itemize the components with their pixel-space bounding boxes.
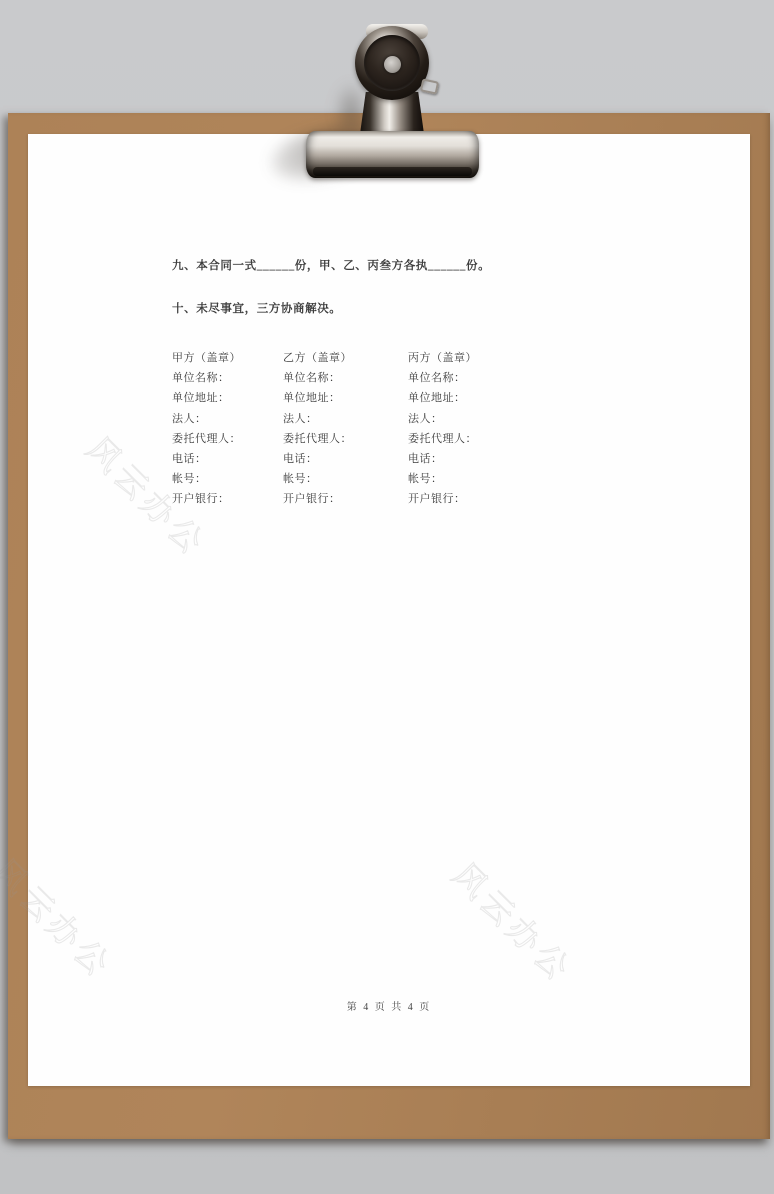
party-b-header: 乙方（盖章） [283, 348, 352, 368]
party-c-field-unit-address: 单位地址： [408, 388, 477, 408]
party-a-field-phone: 电话： [172, 449, 241, 469]
party-b-field-legal-person: 法人： [283, 409, 352, 429]
party-c-field-account: 帐号： [408, 469, 477, 489]
party-a-field-account: 帐号： [172, 469, 241, 489]
page-number-footer: 第 4 页 共 4 页 [28, 998, 750, 1013]
party-c-field-legal-person: 法人： [408, 409, 477, 429]
clip-top-edge [366, 24, 428, 39]
signature-column-party-c: 丙方（盖章） 单位名称： 单位地址： 法人： 委托代理人： 电话： 帐号： 开户… [408, 348, 477, 510]
party-c-header: 丙方（盖章） [408, 348, 477, 368]
clipboard-scene: 九、本合同一式______份，甲、乙、丙叁方各执______份。 十、未尽事宜，… [0, 0, 774, 1194]
clip-spring-circle [355, 26, 429, 100]
party-a-field-bank: 开户银行： [172, 489, 241, 509]
party-b-field-account: 帐号： [283, 469, 352, 489]
clause-nine: 九、本合同一式______份，甲、乙、丙叁方各执______份。 [172, 257, 490, 273]
party-b-field-unit-address: 单位地址： [283, 388, 352, 408]
party-c-field-phone: 电话： [408, 449, 477, 469]
party-c-field-unit-name: 单位名称： [408, 368, 477, 388]
party-b-field-phone: 电话： [283, 449, 352, 469]
party-c-field-bank: 开户银行： [408, 489, 477, 509]
party-a-field-unit-name: 单位名称： [172, 368, 241, 388]
party-a-field-legal-person: 法人： [172, 409, 241, 429]
clip-spring-hole [384, 56, 401, 73]
contract-paper: 九、本合同一式______份，甲、乙、丙叁方各执______份。 十、未尽事宜，… [28, 134, 750, 1086]
party-a-field-agent: 委托代理人： [172, 429, 241, 449]
clip-lever-wire [420, 78, 439, 94]
signature-column-party-b: 乙方（盖章） 单位名称： 单位地址： 法人： 委托代理人： 电话： 帐号： 开户… [283, 348, 352, 510]
clip-spring-inner-disc [364, 35, 420, 91]
party-a-header: 甲方（盖章） [172, 348, 241, 368]
party-b-field-agent: 委托代理人： [283, 429, 352, 449]
party-a-field-unit-address: 单位地址： [172, 388, 241, 408]
party-c-field-agent: 委托代理人： [408, 429, 477, 449]
signature-column-party-a: 甲方（盖章） 单位名称： 单位地址： 法人： 委托代理人： 电话： 帐号： 开户… [172, 348, 241, 510]
party-b-field-unit-name: 单位名称： [283, 368, 352, 388]
party-b-field-bank: 开户银行： [283, 489, 352, 509]
clause-ten: 十、未尽事宜，三方协商解决。 [172, 300, 341, 316]
